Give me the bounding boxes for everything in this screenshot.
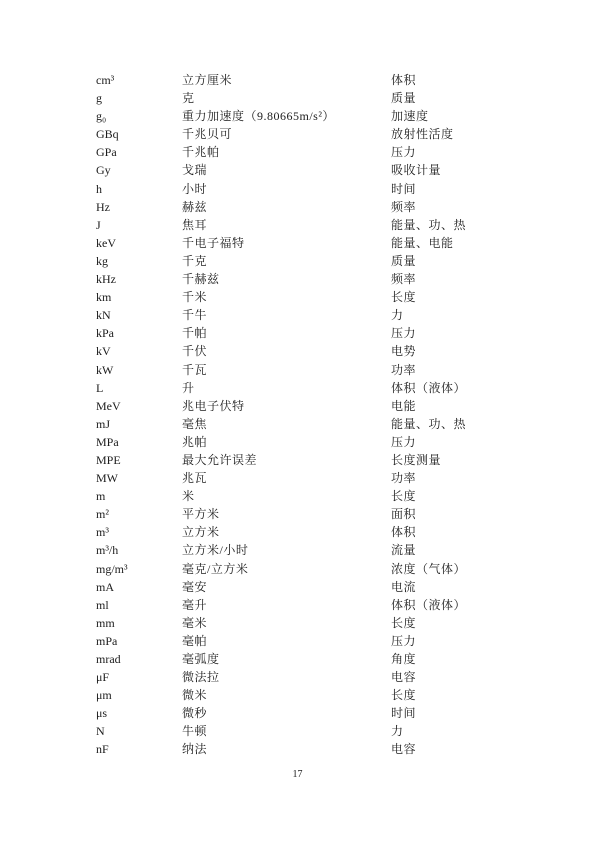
- unit-name: 毫升: [182, 596, 207, 614]
- unit-name: 重力加速度（9.80665m/s²）: [182, 107, 335, 125]
- unit-quantity: 压力: [391, 143, 416, 161]
- table-row: J 焦耳 能量、功、热: [0, 216, 595, 234]
- unit-symbol: mrad: [96, 650, 121, 668]
- unit-symbol: nF: [96, 740, 109, 758]
- unit-name: 千电子福特: [182, 234, 245, 252]
- unit-quantity: 力: [391, 306, 404, 324]
- unit-name: 平方米: [182, 505, 220, 523]
- unit-name: 微米: [182, 686, 207, 704]
- unit-symbol: mm: [96, 614, 115, 632]
- table-row: mrad 毫弧度 角度: [0, 650, 595, 668]
- unit-symbol: GBq: [96, 125, 119, 143]
- unit-name: 立方厘米: [182, 71, 232, 89]
- unit-symbol: km: [96, 288, 111, 306]
- unit-quantity: 质量: [391, 89, 416, 107]
- unit-symbol: kV: [96, 342, 111, 360]
- unit-symbol: kHz: [96, 270, 116, 288]
- unit-name: 立方米: [182, 523, 220, 541]
- unit-symbol: MPa: [96, 433, 119, 451]
- table-row: MPE 最大允许误差 长度测量: [0, 451, 595, 469]
- table-row: cm³ 立方厘米 体积: [0, 71, 595, 89]
- unit-name: 毫弧度: [182, 650, 220, 668]
- unit-symbol: Gy: [96, 161, 111, 179]
- table-row: L 升 体积（液体）: [0, 379, 595, 397]
- unit-name: 最大允许误差: [182, 451, 257, 469]
- unit-name: 毫克/立方米: [182, 560, 248, 578]
- unit-name: 千牛: [182, 306, 207, 324]
- unit-name: 毫米: [182, 614, 207, 632]
- unit-quantity: 时间: [391, 704, 416, 722]
- table-row: h 小时 时间: [0, 180, 595, 198]
- unit-name: 纳法: [182, 740, 207, 758]
- unit-name: 小时: [182, 180, 207, 198]
- unit-quantity: 压力: [391, 324, 416, 342]
- table-row: Gy 戈瑞 吸收计量: [0, 161, 595, 179]
- unit-name: 立方米/小时: [182, 541, 248, 559]
- unit-symbol: MPE: [96, 451, 121, 469]
- unit-symbol: kW: [96, 361, 113, 379]
- unit-symbol: kN: [96, 306, 111, 324]
- unit-symbol: L: [96, 379, 103, 397]
- unit-name: 千米: [182, 288, 207, 306]
- unit-name: 兆电子伏特: [182, 397, 245, 415]
- unit-symbol: g: [96, 89, 102, 107]
- unit-quantity: 长度: [391, 614, 416, 632]
- unit-name: 微法拉: [182, 668, 220, 686]
- unit-quantity: 放射性活度: [391, 125, 454, 143]
- unit-quantity: 加速度: [391, 107, 429, 125]
- unit-name: 赫兹: [182, 198, 207, 216]
- unit-name: 毫帕: [182, 632, 207, 650]
- unit-quantity: 电容: [391, 740, 416, 758]
- unit-symbol: m³: [96, 523, 109, 541]
- unit-name: 千兆贝可: [182, 125, 232, 143]
- unit-symbol: J: [96, 216, 101, 234]
- unit-symbol: kPa: [96, 324, 114, 342]
- unit-quantity: 电势: [391, 342, 416, 360]
- unit-quantity: 浓度（气体）: [391, 560, 466, 578]
- unit-name: 兆瓦: [182, 469, 207, 487]
- table-row: m² 平方米 面积: [0, 505, 595, 523]
- unit-quantity: 压力: [391, 632, 416, 650]
- table-row: MPa 兆帕 压力: [0, 433, 595, 451]
- unit-quantity: 力: [391, 722, 404, 740]
- unit-symbol: mA: [96, 578, 114, 596]
- table-row: μs 微秒 时间: [0, 704, 595, 722]
- unit-symbol: m³/h: [96, 541, 118, 559]
- unit-quantity: 能量、电能: [391, 234, 454, 252]
- unit-quantity: 长度: [391, 487, 416, 505]
- unit-symbol: m²: [96, 505, 109, 523]
- unit-symbol: h: [96, 180, 102, 198]
- table-row: g 克 质量: [0, 89, 595, 107]
- unit-name: 米: [182, 487, 195, 505]
- table-row: μF 微法拉 电容: [0, 668, 595, 686]
- unit-quantity: 流量: [391, 541, 416, 559]
- unit-quantity: 功率: [391, 469, 416, 487]
- unit-symbol: mJ: [96, 415, 110, 433]
- unit-symbol: Hz: [96, 198, 110, 216]
- unit-symbol: μF: [96, 668, 109, 686]
- table-row: g₀ 重力加速度（9.80665m/s²） 加速度: [0, 107, 595, 125]
- unit-symbol: cm³: [96, 71, 114, 89]
- table-row: mJ 毫焦 能量、功、热: [0, 415, 595, 433]
- unit-name: 兆帕: [182, 433, 207, 451]
- table-row: MW 兆瓦 功率: [0, 469, 595, 487]
- table-row: GPa 千兆帕 压力: [0, 143, 595, 161]
- unit-quantity: 质量: [391, 252, 416, 270]
- table-row: Hz 赫兹 频率: [0, 198, 595, 216]
- unit-name: 千赫兹: [182, 270, 220, 288]
- unit-quantity: 能量、功、热: [391, 415, 466, 433]
- unit-quantity: 角度: [391, 650, 416, 668]
- units-table: cm³ 立方厘米 体积 g 克 质量 g₀ 重力加速度（9.80665m/s²）…: [0, 71, 595, 759]
- unit-quantity: 长度: [391, 288, 416, 306]
- unit-symbol: kg: [96, 252, 108, 270]
- unit-quantity: 体积: [391, 71, 416, 89]
- unit-symbol: keV: [96, 234, 116, 252]
- unit-name: 千兆帕: [182, 143, 220, 161]
- table-row: mPa 毫帕 压力: [0, 632, 595, 650]
- unit-symbol: μs: [96, 704, 107, 722]
- table-row: km 千米 长度: [0, 288, 595, 306]
- unit-quantity: 电流: [391, 578, 416, 596]
- table-row: m³/h 立方米/小时 流量: [0, 541, 595, 559]
- unit-quantity: 体积（液体）: [391, 379, 466, 397]
- table-row: kPa 千帕 压力: [0, 324, 595, 342]
- table-row: ml 毫升 体积（液体）: [0, 596, 595, 614]
- table-row: keV 千电子福特 能量、电能: [0, 234, 595, 252]
- unit-symbol: ml: [96, 596, 109, 614]
- table-row: m 米 长度: [0, 487, 595, 505]
- table-row: mg/m³ 毫克/立方米 浓度（气体）: [0, 560, 595, 578]
- unit-quantity: 体积: [391, 523, 416, 541]
- page-number: 17: [0, 768, 595, 782]
- table-row: μm 微米 长度: [0, 686, 595, 704]
- table-row: kV 千伏 电势: [0, 342, 595, 360]
- unit-quantity: 面积: [391, 505, 416, 523]
- unit-name: 微秒: [182, 704, 207, 722]
- unit-quantity: 吸收计量: [391, 161, 441, 179]
- unit-quantity: 频率: [391, 198, 416, 216]
- unit-name: 千伏: [182, 342, 207, 360]
- unit-name: 戈瑞: [182, 161, 207, 179]
- unit-quantity: 长度测量: [391, 451, 441, 469]
- unit-quantity: 电容: [391, 668, 416, 686]
- table-row: kN 千牛 力: [0, 306, 595, 324]
- unit-symbol: MW: [96, 469, 118, 487]
- unit-quantity: 时间: [391, 180, 416, 198]
- unit-name: 千瓦: [182, 361, 207, 379]
- unit-quantity: 体积（液体）: [391, 596, 466, 614]
- table-row: N 牛顿 力: [0, 722, 595, 740]
- unit-name: 升: [182, 379, 195, 397]
- unit-symbol: mPa: [96, 632, 117, 650]
- unit-name: 牛顿: [182, 722, 207, 740]
- unit-symbol: μm: [96, 686, 112, 704]
- table-row: mm 毫米 长度: [0, 614, 595, 632]
- unit-symbol: MeV: [96, 397, 121, 415]
- unit-symbol: N: [96, 722, 105, 740]
- unit-quantity: 能量、功、热: [391, 216, 466, 234]
- unit-name: 千克: [182, 252, 207, 270]
- document-page: cm³ 立方厘米 体积 g 克 质量 g₀ 重力加速度（9.80665m/s²）…: [0, 0, 595, 841]
- table-row: kW 千瓦 功率: [0, 361, 595, 379]
- table-row: m³ 立方米 体积: [0, 523, 595, 541]
- table-row: nF 纳法 电容: [0, 740, 595, 758]
- unit-quantity: 功率: [391, 361, 416, 379]
- unit-symbol: g₀: [96, 107, 106, 125]
- unit-symbol: m: [96, 487, 105, 505]
- unit-symbol: mg/m³: [96, 560, 128, 578]
- unit-name: 焦耳: [182, 216, 207, 234]
- unit-name: 千帕: [182, 324, 207, 342]
- unit-quantity: 频率: [391, 270, 416, 288]
- unit-quantity: 长度: [391, 686, 416, 704]
- table-row: kg 千克 质量: [0, 252, 595, 270]
- unit-name: 克: [182, 89, 195, 107]
- table-row: GBq 千兆贝可 放射性活度: [0, 125, 595, 143]
- unit-name: 毫焦: [182, 415, 207, 433]
- table-row: MeV 兆电子伏特 电能: [0, 397, 595, 415]
- table-row: mA 毫安 电流: [0, 578, 595, 596]
- unit-quantity: 电能: [391, 397, 416, 415]
- unit-quantity: 压力: [391, 433, 416, 451]
- unit-name: 毫安: [182, 578, 207, 596]
- unit-symbol: GPa: [96, 143, 117, 161]
- table-row: kHz 千赫兹 频率: [0, 270, 595, 288]
